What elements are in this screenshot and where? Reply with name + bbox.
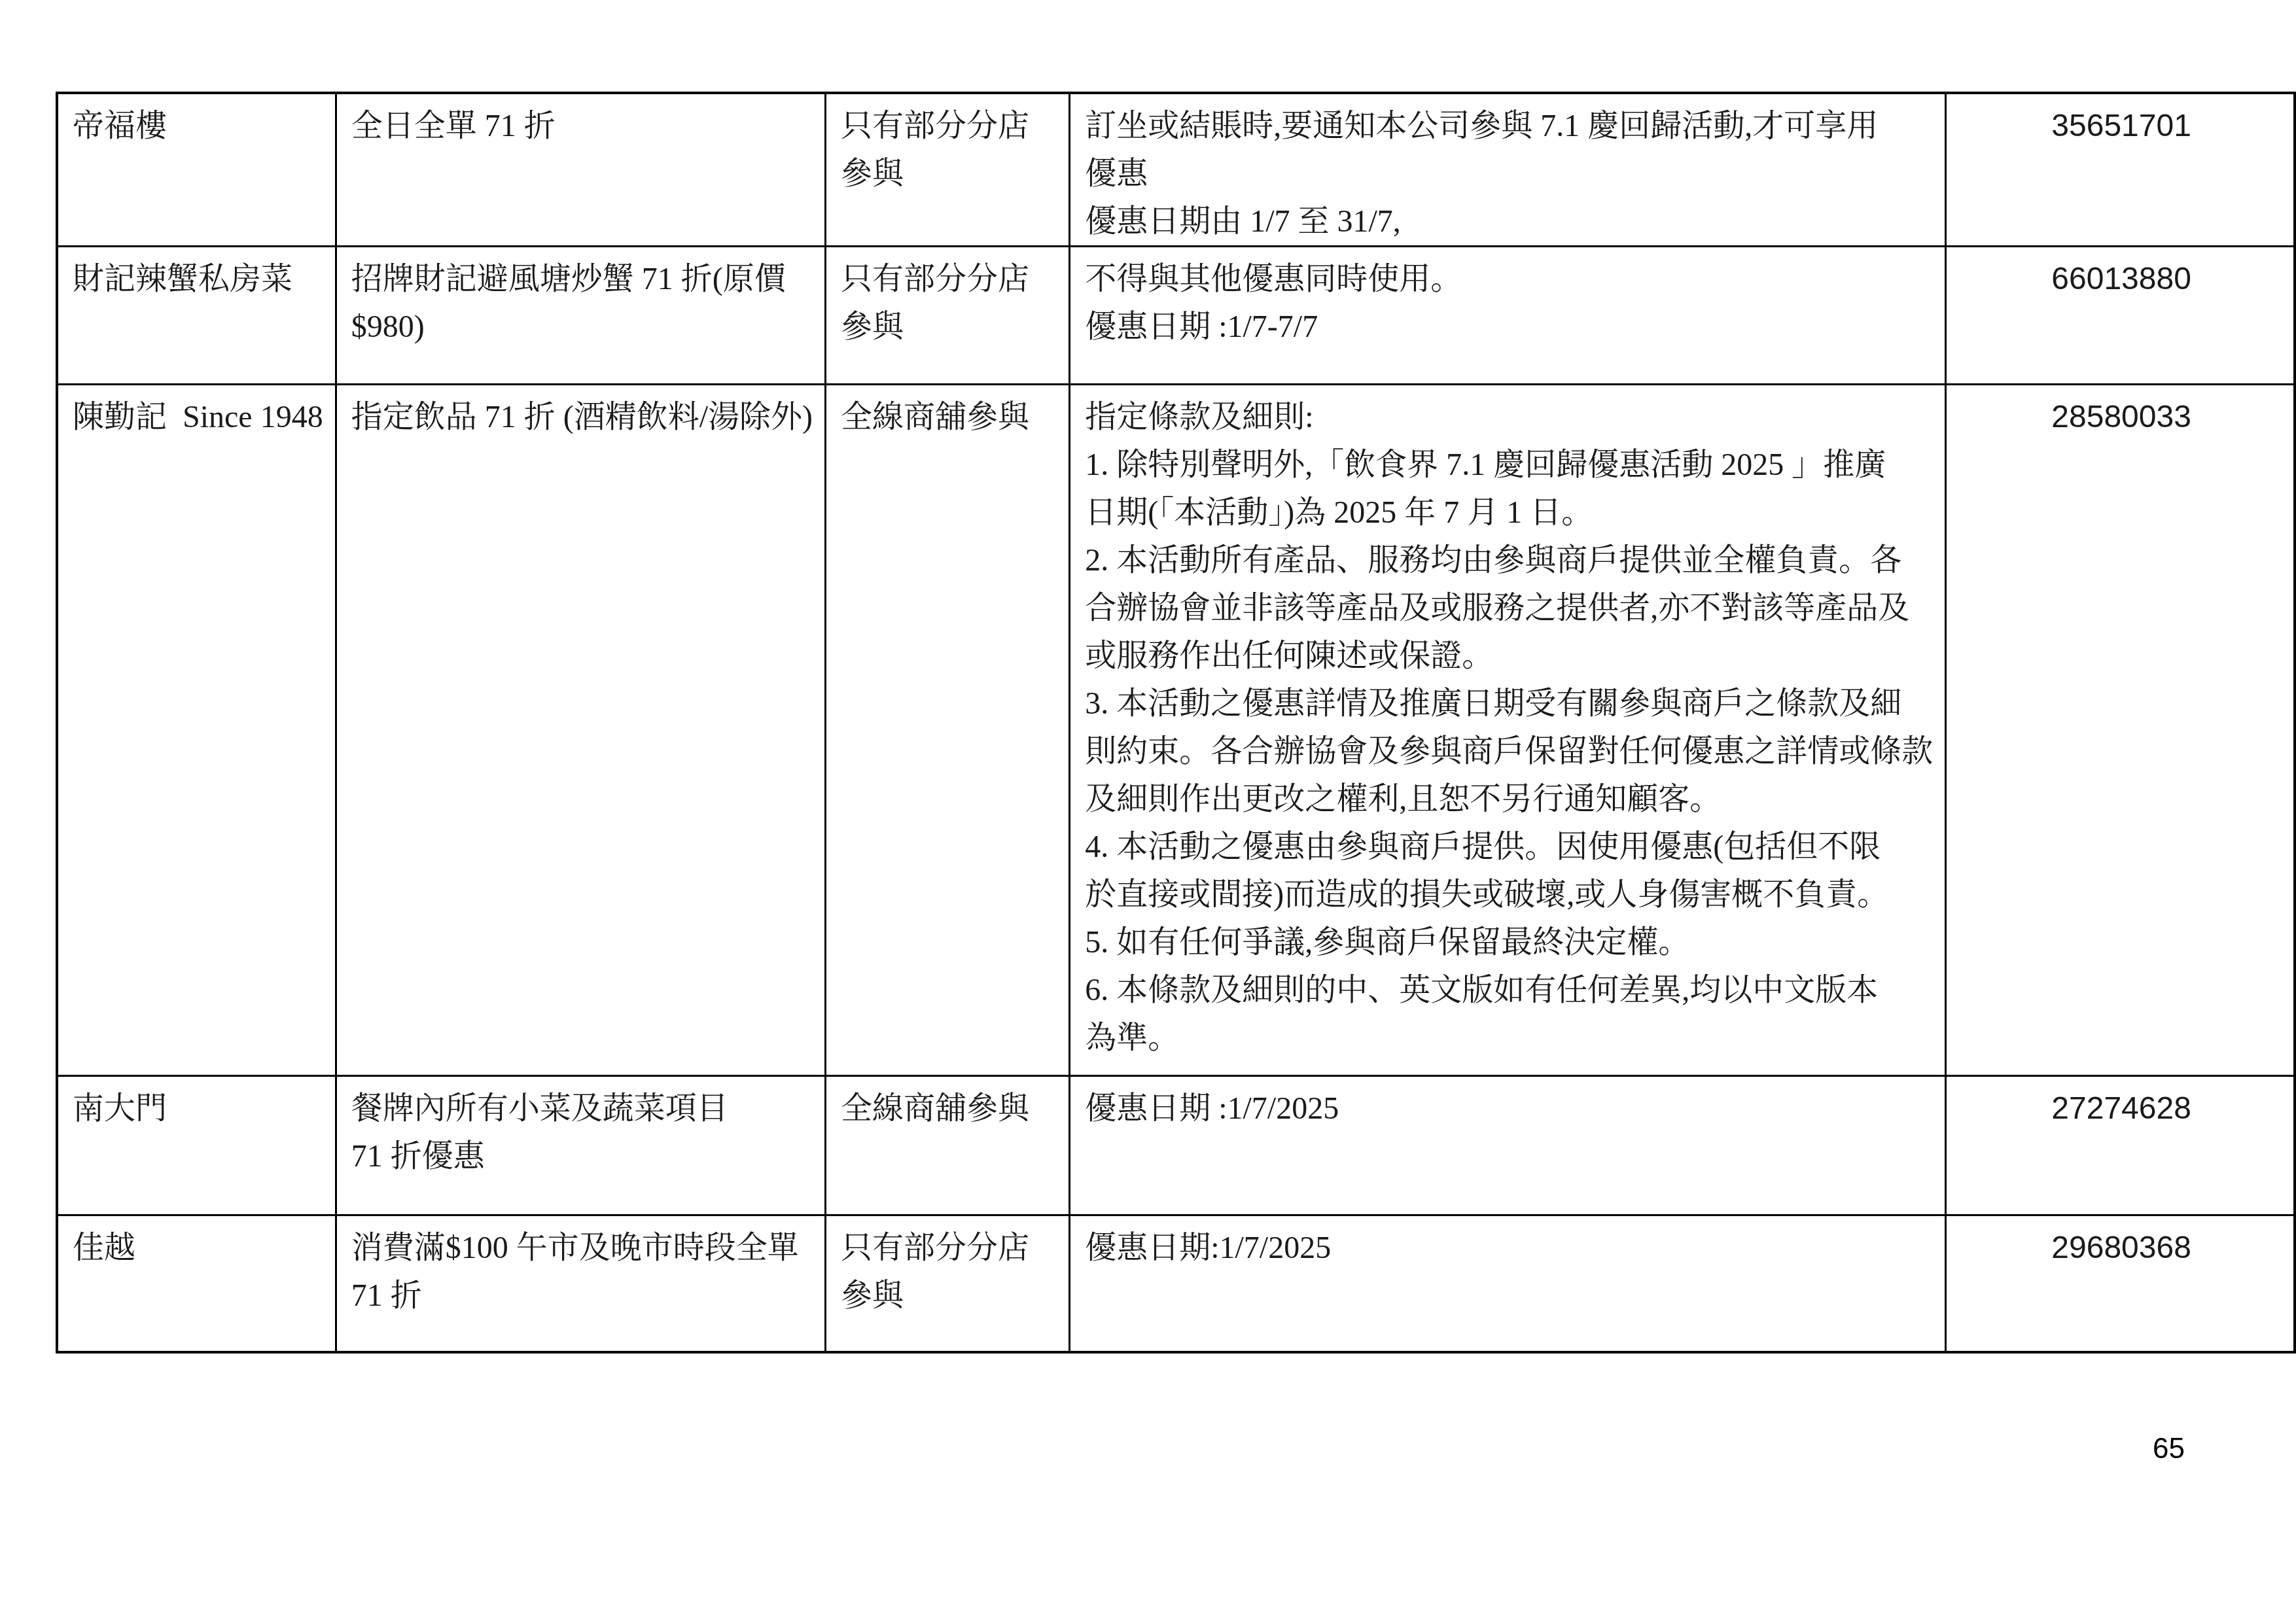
phone-number-cell: 66013880 (1946, 247, 2295, 385)
page-number: 65 (2153, 1433, 2185, 1465)
merchant-name-cell: 陳勤記 Since 1948 (57, 385, 336, 1076)
participation-cell: 只有部分分店 參與 (825, 93, 1069, 247)
document-page: { "page": { "number": "65", "background_… (0, 0, 2296, 1623)
offer-cell: 餐牌內所有小菜及蔬菜項目 71 折優惠 (336, 1076, 825, 1215)
participation-cell: 只有部分分店 參與 (825, 1215, 1069, 1352)
terms-cell: 不得與其他優惠同時使用。 優惠日期 :1/7-7/7 (1070, 247, 1946, 385)
offer-cell: 招牌財記避風塘炒蟹 71 折(原價 $980) (336, 247, 825, 385)
offer-cell: 指定飲品 71 折 (酒精飲料/湯除外) (336, 385, 825, 1076)
participation-cell: 全線商舖參與 (825, 385, 1069, 1076)
phone-number-cell: 27274628 (1946, 1076, 2295, 1215)
participation-cell: 全線商舖參與 (825, 1076, 1069, 1215)
phone-number-cell: 35651701 (1946, 93, 2295, 247)
merchant-name-cell: 南大門 (57, 1076, 336, 1215)
offer-cell: 消費滿$100 午市及晚市時段全單 71 折 (336, 1215, 825, 1352)
terms-cell: 優惠日期:1/7/2025 (1070, 1215, 1946, 1352)
terms-cell: 指定條款及細則: 1. 除特別聲明外,「飲食界 7.1 慶回歸優惠活動 2025… (1070, 385, 1946, 1076)
merchant-name-cell: 佳越 (57, 1215, 336, 1352)
terms-cell: 訂坐或結賬時,要通知本公司參與 7.1 慶回歸活動,才可享用 優惠 優惠日期由 … (1070, 93, 1946, 247)
offer-cell: 全日全單 71 折 (336, 93, 825, 247)
terms-cell: 優惠日期 :1/7/2025 (1070, 1076, 1946, 1215)
merchant-name-cell: 帝福樓 (57, 93, 336, 247)
phone-number-cell: 28580033 (1946, 385, 2295, 1076)
phone-number-cell: 29680368 (1946, 1215, 2295, 1352)
table-row: 陳勤記 Since 1948 指定飲品 71 折 (酒精飲料/湯除外) 全線商舖… (57, 385, 2295, 1076)
table-row: 財記辣蟹私房菜 招牌財記避風塘炒蟹 71 折(原價 $980) 只有部分分店 參… (57, 247, 2295, 385)
merchant-name-cell: 財記辣蟹私房菜 (57, 247, 336, 385)
table-row: 佳越 消費滿$100 午市及晚市時段全單 71 折 只有部分分店 參與 優惠日期… (57, 1215, 2295, 1352)
participation-cell: 只有部分分店 參與 (825, 247, 1069, 385)
table-row: 南大門 餐牌內所有小菜及蔬菜項目 71 折優惠 全線商舖參與 優惠日期 :1/7… (57, 1076, 2295, 1215)
merchant-offers-table: 帝福樓 全日全單 71 折 只有部分分店 參與 訂坐或結賬時,要通知本公司參與 … (56, 92, 2296, 1353)
table-row: 帝福樓 全日全單 71 折 只有部分分店 參與 訂坐或結賬時,要通知本公司參與 … (57, 93, 2295, 247)
